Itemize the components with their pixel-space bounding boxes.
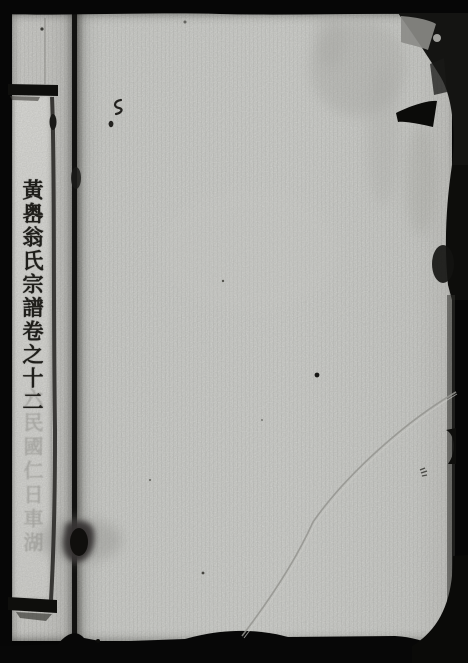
bleed-through-text: 六民國仁日車湖 xyxy=(19,388,45,588)
binding-gap xyxy=(72,13,77,641)
blank-page xyxy=(77,13,452,641)
book-scan: 黃嶴翁氏宗譜卷之十二 六民國仁日車湖 xyxy=(0,0,468,663)
